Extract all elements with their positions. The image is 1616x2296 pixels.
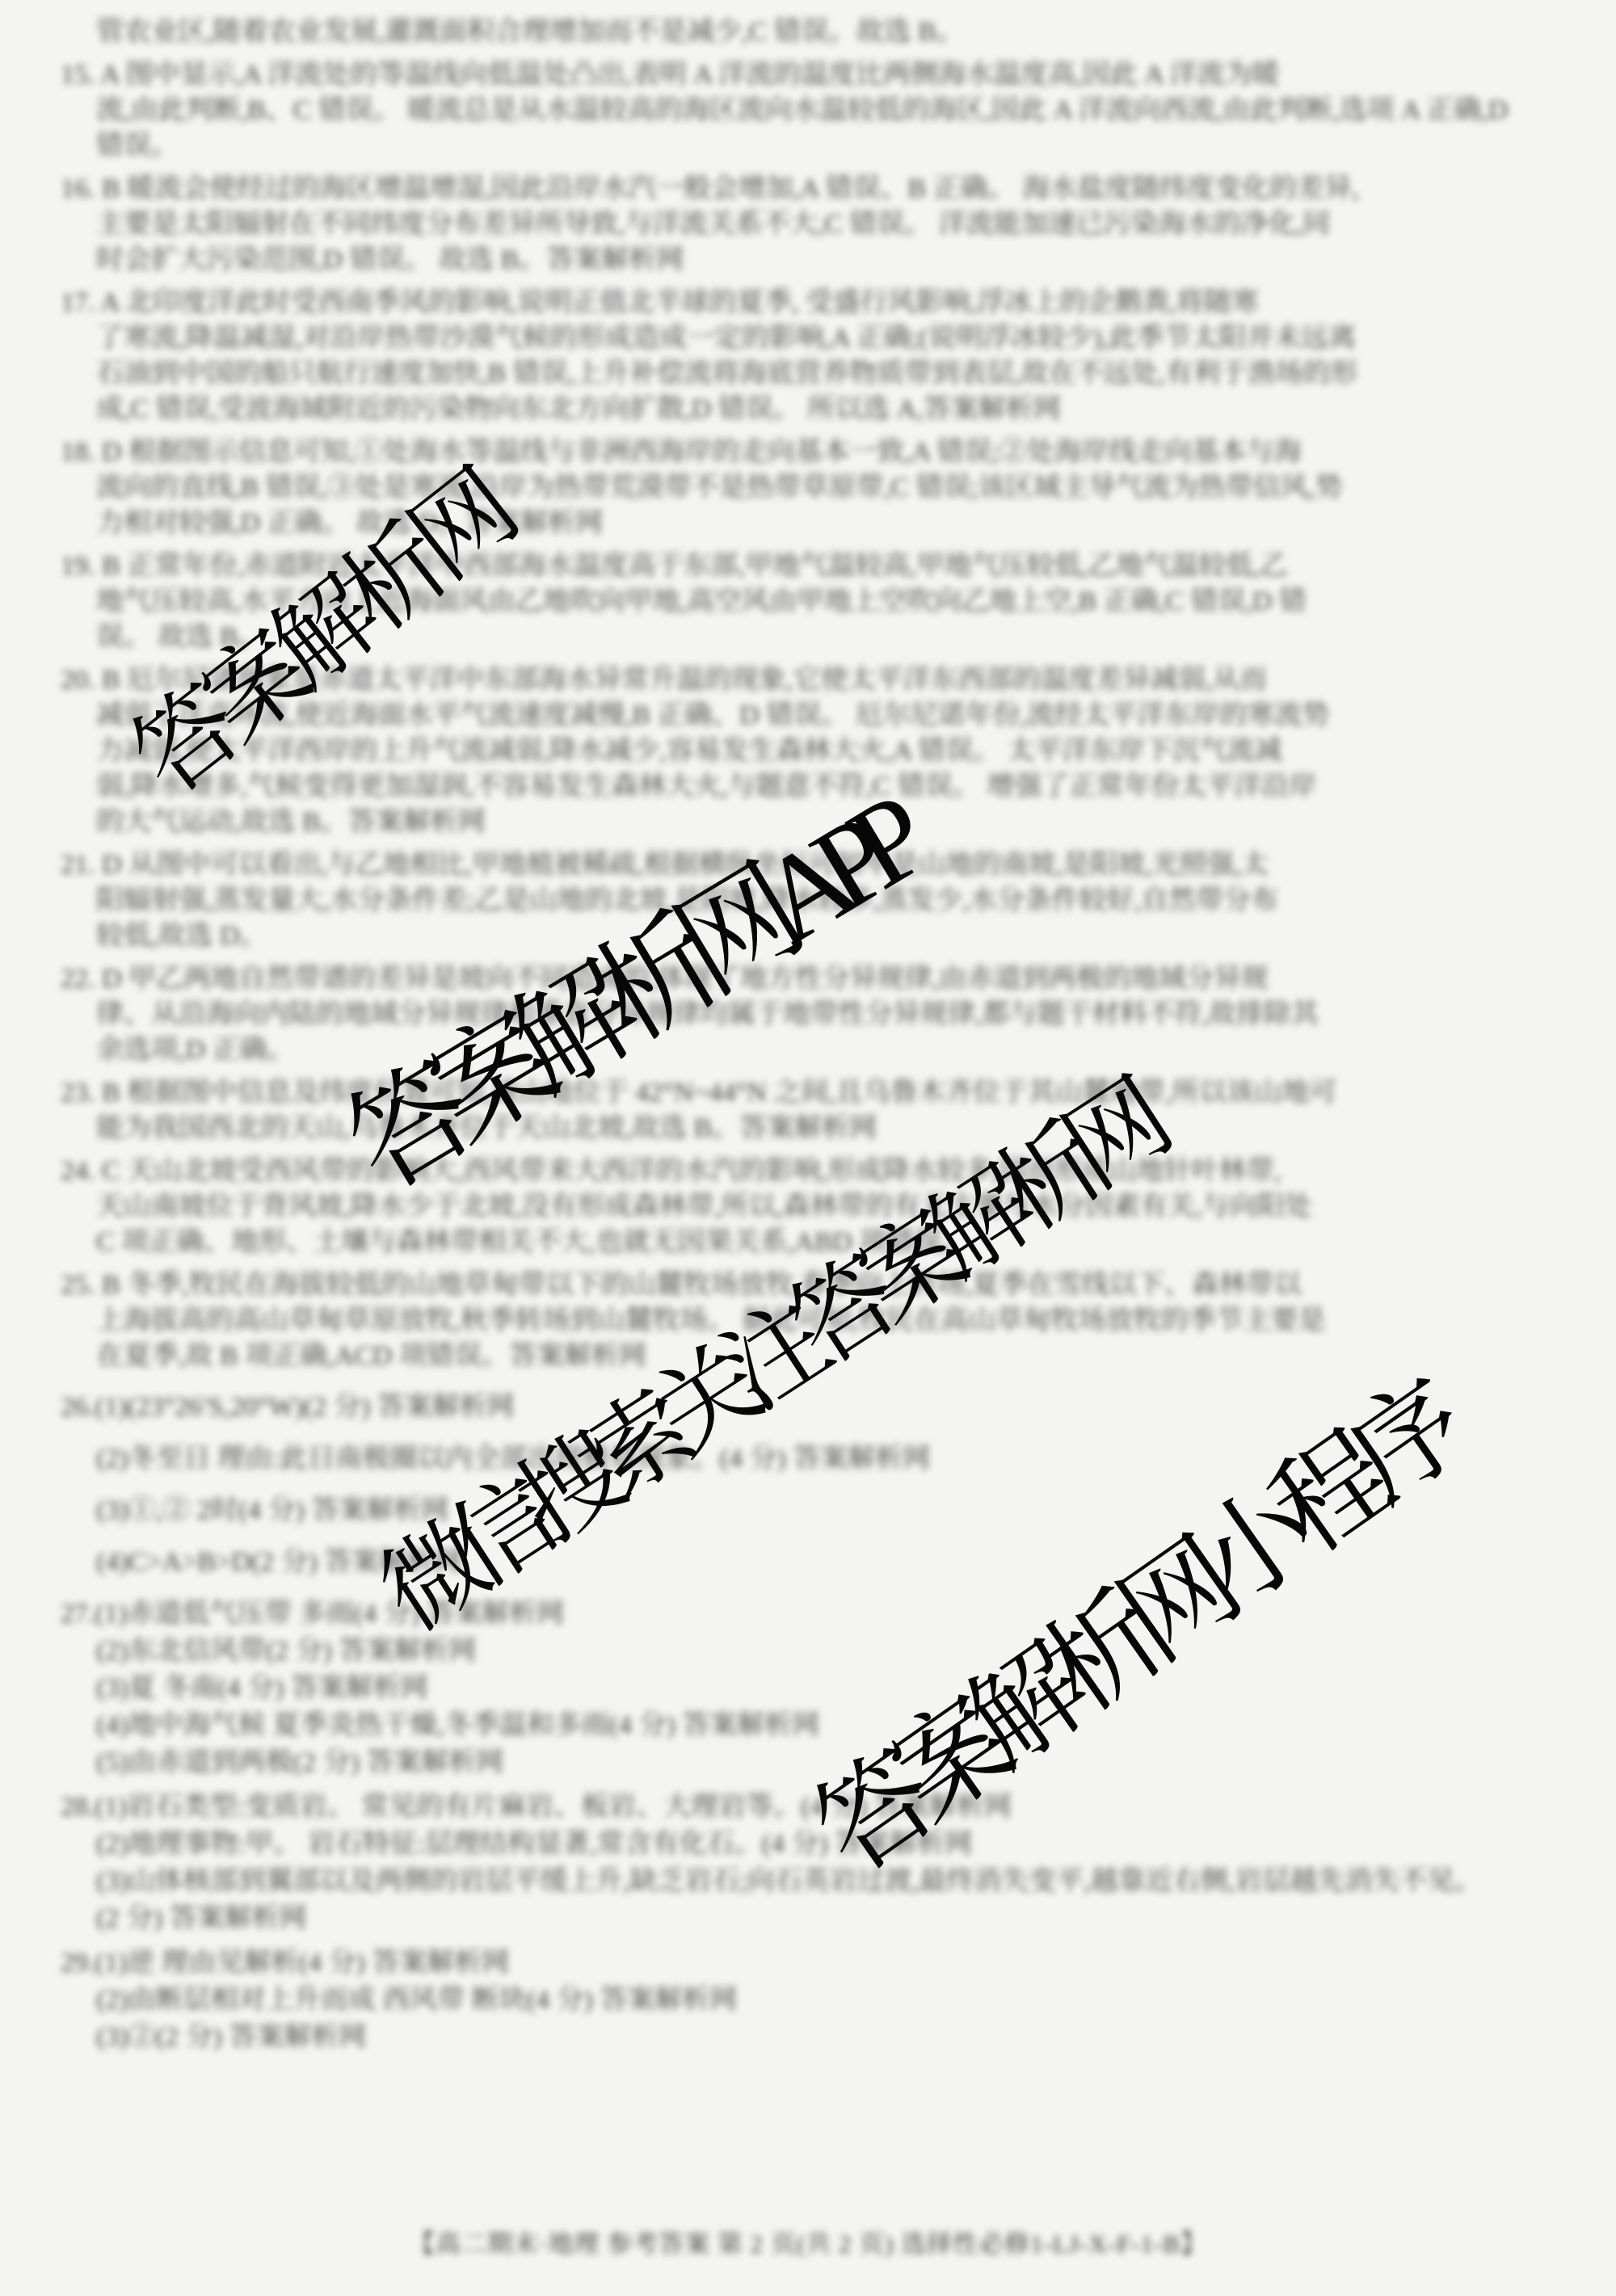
answer-block: 19. B 正常年份,赤道附近太平洋中西部海水温度高于东部,甲地气温较高,甲地气… [61,549,1576,655]
answer-line: (3)①,② 2时(4 分) 答案解析网 [61,1485,1576,1537]
scanned-answer-page: 管农业区,随着农业发展,灌溉面积合理增加而不是减少,C 错误。故选 B。15. … [0,0,1616,2296]
answer-line: 力减弱,使太平洋西岸的上升气流减弱,降水减少,容易发生森林大火,A 错误。 太平… [61,734,1576,769]
answer-block: 29.(1)逆 理由见解析(4 分) 答案解析网(2)由断层相对上升而成 西风带… [61,1945,1576,2056]
answer-line: C 项正确、地形、土壤与森林带相关不大,也就无因果关系,ABD 项错误。 [61,1225,1576,1260]
answer-line: 了寒流,降温减湿,对沿岸热带沙漠气候的形成造成一定的影响,A 正确;(说明浮冰较… [61,321,1576,356]
answer-line: 21. D 从图中可以看出,与乙地相比,甲地植被稀疏,根据横纵坐标可知甲是山地的… [61,847,1576,883]
answer-block: 17. A 北印度洋此时受西南季风的影响,说明正值北半球的夏季, 受盛行风影响,… [61,285,1576,427]
answer-line: (2 分) 答案解析网 [61,1900,1576,1937]
answer-line: (2)冬至日 理由:此日南极圈以内全部出现极昼现象。(4 分) 答案解析网 [61,1433,1576,1485]
answer-line: 26.(1)(23°26′S,20°W)(2 分) 答案解析网 [61,1381,1576,1433]
answer-line: 23. B 根据图中信息及纬度位置可知,该山地位于 42°N~44°N 之间,且… [61,1075,1576,1111]
answer-line: 25. B 冬季,牧民在海拔较低的山地草甸带以下的山麓牧场放牧,春季向上转场,夏… [61,1268,1576,1303]
answer-line: 在夏季,故 B 项正确,ACD 项错误。答案解析网 [61,1339,1576,1374]
answer-line: 较低,故选 D。 [61,919,1576,954]
answer-line: 18. D 根据图示信息可知,①处海水等温线与非洲西海岸的走向基本一致,A 错误… [61,435,1576,470]
answer-line: (5)由赤道到两极(2 分) 答案解析网 [61,1744,1576,1781]
answer-line: 28.(1)岩石类型:变质岩。 常见的有片麻岩、板岩、大理岩等。(4 分) 答案… [61,1789,1576,1826]
answer-line: (3)②(2 分) 答案解析网 [61,2019,1576,2056]
answer-block: 26.(1)(23°26′S,20°W)(2 分) 答案解析网(2)冬至日 理由… [61,1381,1576,1588]
answer-line: 力相对较强,D 正确。 故选 D。答案解析网 [61,506,1576,541]
answer-block: 27.(1)赤道低气压带 多雨(4 分) 答案解析网(2)东北信风带(2 分) … [61,1596,1576,1781]
answer-line: (3)夏 冬南(4 分) 答案解析网 [61,1670,1576,1707]
answer-line: 29.(1)逆 理由见解析(4 分) 答案解析网 [61,1945,1576,1982]
answer-text-body: 管农业区,随着农业发展,灌溉面积合理增加而不是减少,C 错误。故选 B。15. … [61,15,1576,2063]
answer-block: 23. B 根据图中信息及纬度位置可知,该山地位于 42°N~44°N 之间,且… [61,1075,1576,1146]
answer-line: 16. B 暖流会使经过的海区增温增湿,因此沿岸水汽一般会增加,A 错误、B 正… [61,171,1576,207]
answer-line: (2)地理事物:甲。 岩石特征:层理结构显著,常含有化石。(4 分) 答案解析网 [61,1826,1576,1863]
answer-line: 律、从沿海向内陆的地域分异规律和垂直分异规律均属于地带性分异规律,都与题干材料不… [61,997,1576,1032]
answer-line: 上海拔高的高山草甸草原放牧,秋季转场到山麓牧场。 据此可知,牧民在高山草甸牧场放… [61,1303,1576,1339]
answer-line: (4)地中海气候 夏季炎热干燥,冬季温和多雨(4 分) 答案解析网 [61,1707,1576,1744]
answer-block: 管农业区,随着农业发展,灌溉面积合理增加而不是减少,C 错误。故选 B。 [61,15,1576,50]
answer-block: 21. D 从图中可以看出,与乙地相比,甲地植被稀疏,根据横纵坐标可知甲是山地的… [61,847,1576,954]
answer-line: 流向的直线,B 错误,③处是寒流,沿岸为热带荒漠带不是热带草原带,C 错误;该区… [61,470,1576,506]
answer-line: (2)由断层相对上升而成 西风带 断块(4 分) 答案解析网 [61,1982,1576,2019]
answer-line: 误。 故选 B。 [61,620,1576,655]
answer-line: (3)山体核部到翼部以及两侧的岩层平缓上升,缺乏岩石;向石英岩过渡,最终消失变平… [61,1863,1576,1900]
answer-line: 石油到中国的船只航行速度加快,B 错误,上升补偿流将海底营养物质带到表层,故在不… [61,356,1576,392]
answer-line: 22. D 甲乙两地自然带谱的差异是坡向不同造成的,体现了地方性分异规律,由赤道… [61,961,1576,997]
answer-line: 管农业区,随着农业发展,灌溉面积合理增加而不是减少,C 错误。故选 B。 [61,15,1576,50]
answer-line: 27.(1)赤道低气压带 多雨(4 分) 答案解析网 [61,1596,1576,1633]
answer-line: 弱,降水增多,气候变得更加湿润,不容易发生森林大火,与题意不符,C 错误。 增强… [61,769,1576,805]
answer-line: 阳辐射强,蒸发量大,水分条件差;乙是山地的北坡,是阴坡,降水较多,蒸发少,水分条… [61,883,1576,919]
answer-line: 成,C 错误,受波海域附近的污染物向东北方向扩散,D 错误。 所以选 A,答案解… [61,392,1576,427]
answer-line: (4)C>A>B>D(2 分) 答案解析网 [61,1537,1576,1588]
answer-block: 25. B 冬季,牧民在海拔较低的山地草甸带以下的山麓牧场放牧,春季向上转场,夏… [61,1268,1576,1374]
answer-line: 15. A 图中显示,A 洋流处的等温线向低温处凸出,表明 A 洋流的温度比两侧… [61,57,1576,93]
answer-line: 的大气运动,故选 B。答案解析网 [61,805,1576,840]
answer-line: (2)东北信风带(2 分) 答案解析网 [61,1633,1576,1670]
answer-line: 地气压较高,水平方向上近海面风由乙地吹向甲地,高空风由甲地上空吹向乙地上空,B … [61,584,1576,620]
answer-line: 减弱了沃克环流,使近海面水平气流速度减慢,B 正确、D 错误。 厄尔尼诺年份,流… [61,698,1576,734]
answer-line: 时会扩大污染范围,D 错误。 故选 B。答案解析网 [61,242,1576,278]
answer-block: 24. C 天山北坡受西风带的影响大,西风带来大西洋的水汽的影响,形成降水较多,… [61,1154,1576,1260]
answer-block: 20. B 厄尔尼诺现象是赤道太平洋中东部海水异常升温的现象,它使太平洋东西部的… [61,662,1576,840]
answer-line: 24. C 天山北坡受西风带的影响大,西风带来大西洋的水汽的影响,形成降水较多,… [61,1154,1576,1189]
answer-line: 天山南坡位于背风坡,降水少于北坡,没有形成森林带,所以,森林带的有无主要与水分因… [61,1189,1576,1225]
answer-block: 18. D 根据图示信息可知,①处海水等温线与非洲西海岸的走向基本一致,A 错误… [61,435,1576,541]
answer-block: 15. A 图中显示,A 洋流处的等温线向低温处凸出,表明 A 洋流的温度比两侧… [61,57,1576,164]
answer-block: 28.(1)岩石类型:变质岩。 常见的有片麻岩、板岩、大理岩等。(4 分) 答案… [61,1789,1576,1937]
answer-block: 22. D 甲乙两地自然带谱的差异是坡向不同造成的,体现了地方性分异规律,由赤道… [61,961,1576,1068]
answer-line: 余选项,D 正确。 [61,1032,1576,1068]
answer-line: 主要是太阳辐射在不同纬度分布差异所导致,与洋流关系不大,C 错误。 洋流能加速已… [61,207,1576,242]
answer-block: 16. B 暖流会使经过的海区增温增湿,因此沿岸水汽一般会增加,A 错误、B 正… [61,171,1576,278]
answer-line: 19. B 正常年份,赤道附近太平洋中西部海水温度高于东部,甲地气温较高,甲地气… [61,549,1576,584]
answer-line: 错误。 [61,128,1576,164]
answer-line: 能为我国西北的天山,乌鲁木齐位于天山北坡,故选 B。答案解析网 [61,1111,1576,1146]
answer-line: 流,由此判断,B、C 错误。 暖流总是从水温较高的海区流向水温较低的海区,因此 … [61,93,1576,128]
answer-line: 17. A 北印度洋此时受西南季风的影响,说明正值北半球的夏季, 受盛行风影响,… [61,285,1576,321]
page-footer: 【高二期末·地理 参考答案 第 2 页(共 2 页) 选择性必修1-LJ-X-F… [0,2223,1616,2260]
answer-line: 20. B 厄尔尼诺现象是赤道太平洋中东部海水异常升温的现象,它使太平洋东西部的… [61,662,1576,698]
